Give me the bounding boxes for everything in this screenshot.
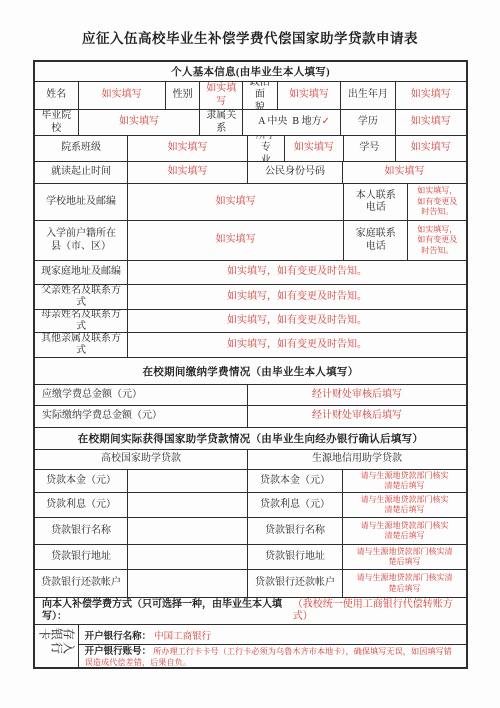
section-header: 个人基本信息(由毕业生本人填写) bbox=[35, 62, 466, 82]
label-cell: 贷款银行地址 bbox=[35, 545, 128, 569]
section-header: 在校期间实际获得国家助学贷款情况（由毕业生向经办银行确认后填写） bbox=[35, 428, 466, 450]
form-row: 现家庭地址及邮编如实填写，如有变更及时告知。 bbox=[35, 261, 466, 285]
value-cell: 如实填写 bbox=[128, 221, 344, 260]
label-cell: 入学前户籍所在 县（市、区） bbox=[35, 221, 128, 260]
section-header: 在校期间缴纳学费情况（由毕业生本人填写） bbox=[35, 358, 466, 385]
deposit-card-vertical-label: 存入银行卡 bbox=[35, 625, 79, 667]
label-cell: 所学专 业 bbox=[248, 136, 285, 161]
form-row: 学校地址及邮编如实填写本人联系 电话如实填写， 如有变更及 时告知。 bbox=[35, 184, 466, 221]
form-row: 就读起止时间如实填写公民身份号码如实填写 bbox=[35, 162, 466, 184]
value-cell: 如实填写 bbox=[128, 162, 248, 183]
label-cell: 贷款银行名称 bbox=[35, 518, 128, 544]
label-cell: 高校国家助学贷款 bbox=[35, 450, 248, 469]
label-cell bbox=[128, 545, 248, 569]
value-cell: 请与生源地贷款部门核实 清楚后填写 bbox=[343, 493, 466, 517]
value-cell: 如实填写 bbox=[343, 162, 466, 183]
value-cell: 经计财处审核后填写 bbox=[248, 385, 466, 405]
bank-account-number-row: 开户银行账号：所办理工行卡卡号（工行卡必须为乌鲁木齐市本地卡），确保填写无误，如… bbox=[79, 645, 466, 667]
value-cell: 如实填写，如有变更及时告知。 bbox=[128, 285, 466, 309]
value-cell: 如实填写 bbox=[79, 82, 166, 109]
label-cell: 应缴学费总金额（元） bbox=[35, 385, 248, 405]
label-cell: 贷款利息（元） bbox=[35, 493, 128, 517]
label-cell: 学历 bbox=[341, 110, 395, 135]
form-row: 姓名如实填写性别如实填 写政治面 貌如实填写出生年月如实填写 bbox=[35, 82, 466, 110]
form-row: 父亲姓名及联系方 式如实填写，如有变更及时告知。 bbox=[35, 285, 466, 310]
form-row: 应缴学费总金额（元）经计财处审核后填写 bbox=[35, 385, 466, 406]
value-cell: 请与生源地贷款部门核实清 楚后填写 bbox=[343, 570, 466, 597]
label-cell bbox=[128, 570, 248, 597]
bank-name-label: 开户银行名称： bbox=[85, 628, 152, 642]
mixed-cell: A 中央 B 地方 ✓ bbox=[243, 110, 341, 135]
value-cell: 如实填写 bbox=[396, 82, 466, 109]
form-row: 贷款银行还款帐户贷款银行还款帐户请与生源地贷款部门核实清 楚后填写 bbox=[35, 570, 466, 598]
label-cell: 贷款利息（元） bbox=[248, 493, 343, 517]
form-row: 母亲姓名及联系方 式如实填写，如有变更及时告知。 bbox=[35, 310, 466, 333]
label-cell bbox=[128, 470, 248, 492]
checkmark: ✓ bbox=[322, 116, 330, 129]
text-part: A 中央 bbox=[253, 116, 292, 129]
form-row: 院系班级如实填写所学专 业如实填写学号如实填写 bbox=[35, 136, 466, 162]
value-cell: 如实填写，如有变更及时告知。 bbox=[128, 310, 466, 332]
deposit-method-block: 存入银行卡 开户银行名称： 中国工商银行 开户银行账号：所办理工行卡卡号（工行卡… bbox=[35, 625, 466, 667]
label-cell: 姓名 bbox=[35, 82, 79, 109]
form-title: 应征入伍高校毕业生补偿学费代偿国家助学贷款申请表 bbox=[0, 27, 500, 47]
label-cell: 贷款银行名称 bbox=[248, 518, 343, 544]
value-cell: 如实填写 bbox=[396, 110, 466, 135]
bank-account-rows: 开户银行名称： 中国工商银行 开户银行账号：所办理工行卡卡号（工行卡必须为乌鲁木… bbox=[79, 625, 466, 667]
form-row: 实际缴纳学费总金额（元）经计财处审核后填写 bbox=[35, 406, 466, 428]
label-cell: 就读起止时间 bbox=[35, 162, 128, 183]
value-cell: 请与生源地贷款部门核实 清楚后填写 bbox=[343, 518, 466, 544]
form-row: 贷款本金（元）贷款本金（元）请与生源地贷款部门核实 清楚后填写 bbox=[35, 470, 466, 493]
label-cell: 公民身份号码 bbox=[248, 162, 343, 183]
value-cell: 经计财处审核后填写 bbox=[248, 406, 466, 427]
bank-name-row: 开户银行名称： 中国工商银行 bbox=[79, 625, 466, 645]
label-cell: 性别 bbox=[166, 82, 201, 109]
bank-account-number-label: 开户银行账号： bbox=[85, 647, 152, 657]
label-cell: 家庭联系 电话 bbox=[344, 221, 408, 260]
label-cell: 出生年月 bbox=[341, 82, 395, 109]
form-row: 向本人补偿学费方式（只可选择一种，由毕业生本人填写）：（我校统一使用工商银行代偿… bbox=[35, 598, 466, 625]
label-cell: 贷款银行还款帐户 bbox=[35, 570, 128, 597]
form-row: 贷款银行名称贷款银行名称请与生源地贷款部门核实 清楚后填写 bbox=[35, 518, 466, 545]
form-row: 入学前户籍所在 县（市、区）如实填写家庭联系 电话如实填写， 如有变更及 时告知… bbox=[35, 221, 466, 261]
label-cell: 隶属关 系 bbox=[200, 110, 243, 135]
text-part: （我校统一使用工商银行代偿转账方式） bbox=[293, 599, 463, 624]
value-cell: 如实填写 bbox=[128, 136, 248, 161]
label-cell bbox=[128, 518, 248, 544]
label-cell: 学号 bbox=[344, 136, 396, 161]
value-cell: 如实填写 bbox=[79, 110, 201, 135]
label-cell: 父亲姓名及联系方 式 bbox=[35, 285, 128, 309]
label-cell: 政治面 貌 bbox=[243, 82, 278, 109]
mixed-cell: 向本人补偿学费方式（只可选择一种，由毕业生本人填写）：（我校统一使用工商银行代偿… bbox=[35, 598, 466, 624]
value-cell: 如实填 写 bbox=[200, 82, 243, 109]
value-cell: 请与生源地贷款部门核实 清楚后填写 bbox=[343, 470, 466, 492]
bank-name-value: 中国工商银行 bbox=[154, 628, 211, 642]
label-cell: 毕业院 校 bbox=[35, 110, 79, 135]
label-cell: 实际缴纳学费总金额（元） bbox=[35, 406, 248, 427]
label-cell: 本人联系 电话 bbox=[344, 184, 408, 220]
value-cell: 如实填写 bbox=[396, 136, 466, 161]
label-cell: 学校地址及邮编 bbox=[35, 184, 128, 220]
value-cell: 如实填写，如有变更及时告知。 bbox=[128, 333, 466, 357]
label-cell: 贷款本金（元） bbox=[248, 470, 343, 492]
value-cell: 如实填写， 如有变更及 时告知。 bbox=[408, 184, 465, 220]
form-row: 其他亲属及联系方 式如实填写，如有变更及时告知。 bbox=[35, 333, 466, 358]
label-cell: 生源地信用助学贷款 bbox=[248, 450, 466, 469]
value-cell: 如实填写， 如有变更及 时告知。 bbox=[408, 221, 465, 260]
form-row: 毕业院 校如实填写隶属关 系A 中央 B 地方 ✓学历如实填写 bbox=[35, 110, 466, 136]
label-cell: 贷款银行地址 bbox=[248, 545, 343, 569]
application-form-table: 个人基本信息(由毕业生本人填写)姓名如实填写性别如实填 写政治面 貌如实填写出生… bbox=[33, 60, 468, 669]
form-page: 应征入伍高校毕业生补偿学费代偿国家助学贷款申请表 个人基本信息(由毕业生本人填写… bbox=[0, 0, 500, 708]
label-cell: 母亲姓名及联系方 式 bbox=[35, 310, 128, 332]
form-rows: 个人基本信息(由毕业生本人填写)姓名如实填写性别如实填 写政治面 貌如实填写出生… bbox=[35, 62, 466, 625]
label-cell: 贷款银行还款帐户 bbox=[248, 570, 343, 597]
form-row: 贷款银行地址贷款银行地址请与生源地贷款部门核实清 楚后填写 bbox=[35, 545, 466, 570]
form-row: 贷款利息（元）贷款利息（元）请与生源地贷款部门核实 清楚后填写 bbox=[35, 493, 466, 518]
label-cell: 现家庭地址及邮编 bbox=[35, 261, 128, 284]
label-cell bbox=[128, 493, 248, 517]
value-cell: 如实填写 bbox=[285, 136, 344, 161]
text-part: B 地方 bbox=[292, 116, 321, 129]
label-cell: 院系班级 bbox=[35, 136, 128, 161]
label-cell: 贷款本金（元） bbox=[35, 470, 128, 492]
label-cell: 其他亲属及联系方 式 bbox=[35, 333, 128, 357]
form-row: 高校国家助学贷款生源地信用助学贷款 bbox=[35, 450, 466, 470]
value-cell: 如实填写 bbox=[278, 82, 341, 109]
value-cell: 如实填写 bbox=[128, 184, 344, 220]
value-cell: 如实填写，如有变更及时告知。 bbox=[128, 261, 466, 284]
value-cell: 请与生源地贷款部门核实清 楚后填写 bbox=[343, 545, 466, 569]
text-part: 向本人补偿学费方式（只可选择一种，由毕业生本人填写）： bbox=[42, 599, 293, 624]
